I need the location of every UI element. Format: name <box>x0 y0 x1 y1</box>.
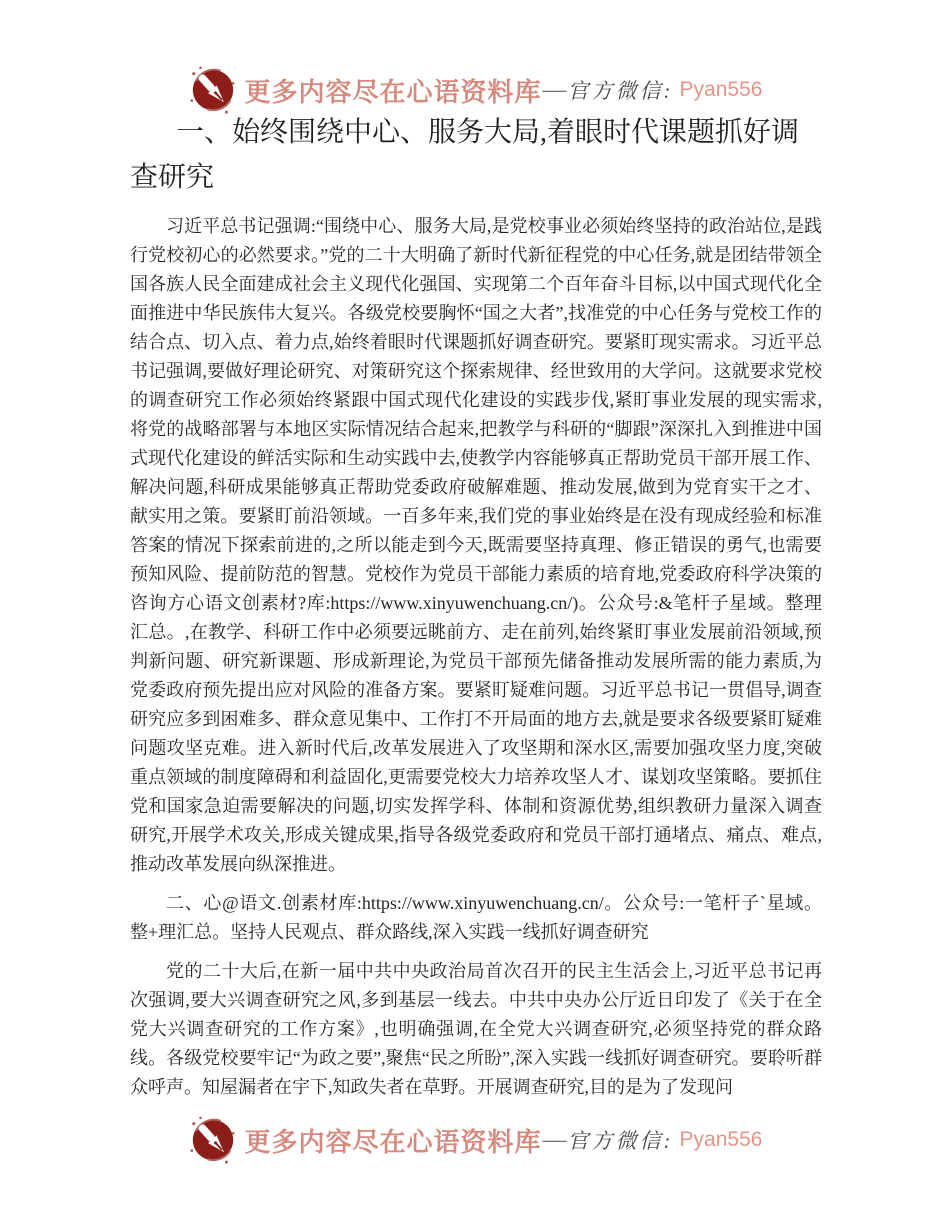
document-page: 更多内容尽在心语资料库 — 官方微信: Pyan556 一、始终围绕中心、服务大… <box>0 0 950 1230</box>
pen-circle-logo-icon <box>188 1114 238 1166</box>
watermark-brand-text: 更多内容尽在心语资料库 <box>245 72 542 109</box>
watermark-footer: 更多内容尽在心语资料库 — 官方微信: Pyan556 <box>0 1114 950 1166</box>
watermark-dash: — <box>543 1127 567 1154</box>
section-heading: 一、始终围绕中心、服务大局,着眼时代课题抓好调查研究 <box>130 110 822 200</box>
watermark-wechat-id: Pyan556 <box>680 78 763 102</box>
watermark-brand-text: 更多内容尽在心语资料库 <box>245 1122 542 1159</box>
paragraph: 党的二十大后,在新一届中共中央政治局首次召开的民主生活会上,习近平总书记再次强调… <box>130 957 822 1102</box>
watermark-dash: — <box>543 77 567 104</box>
watermark-header: 更多内容尽在心语资料库 — 官方微信: Pyan556 <box>0 64 950 116</box>
watermark-wechat-label: 官方微信: <box>568 1125 674 1155</box>
paragraph: 习近平总书记强调:“围绕中心、服务大局,是党校事业必须始终坚持的政治站位,是践行… <box>130 212 822 879</box>
watermark-wechat-label: 官方微信: <box>568 75 674 105</box>
watermark-wechat-id: Pyan556 <box>680 1128 763 1152</box>
pen-circle-logo-icon <box>188 64 238 116</box>
document-content: 一、始终围绕中心、服务大局,着眼时代课题抓好调查研究 习近平总书记强调:“围绕中… <box>130 110 822 1112</box>
paragraph: 二、心@语文.创素材库:https://www.xinyuwenchuang.c… <box>130 889 822 947</box>
